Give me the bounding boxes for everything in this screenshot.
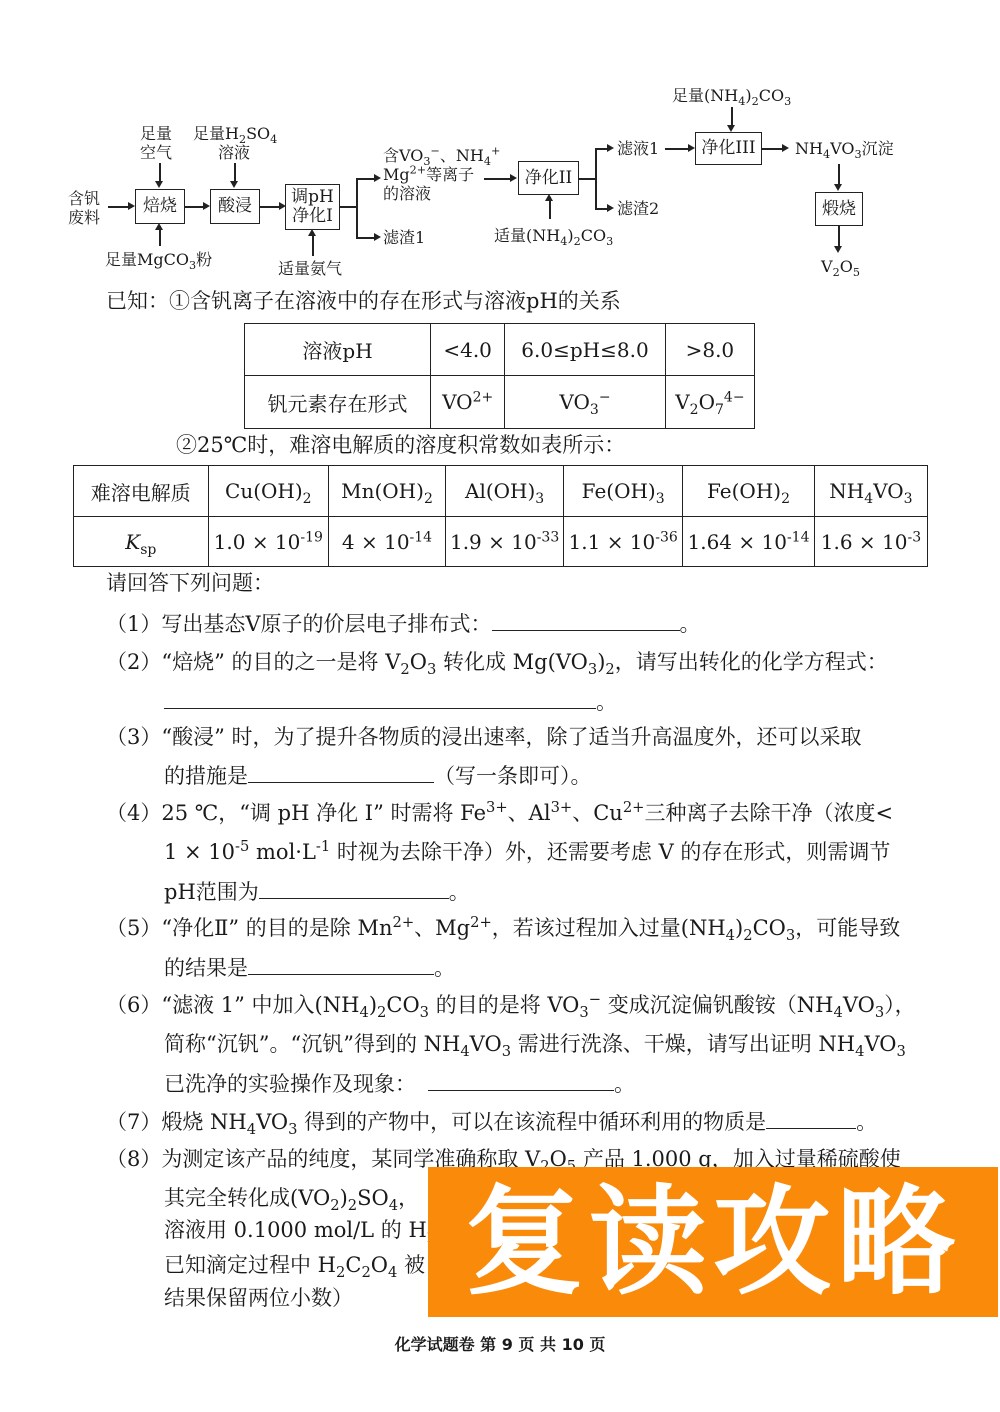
arrow-line — [731, 107, 733, 127]
v2o5-product-label: V2O5 — [821, 257, 860, 276]
air-input-label: 足量空气 — [140, 124, 172, 162]
known-info-1: 已知：①含钒离子在溶液中的存在形式与溶液pH的关系 — [106, 288, 621, 314]
answer-blank[interactable] — [259, 878, 449, 899]
ph-species-table: 溶液pH <4.0 6.0≤pH≤8.0 >8.0 钒元素存在形式 VO2+ V… — [244, 323, 755, 429]
question-5: （5）“净化Ⅱ” 的目的是除 Mn2+、Mg2+，若该过程加入过量(NH4)2C… — [106, 915, 900, 941]
table-header-cell: Cu(OH)2 — [208, 466, 328, 517]
arrow-head-icon — [727, 125, 735, 132]
table-header-cell: 溶液pH — [245, 324, 431, 376]
question-8-line5: 结果保留两位小数） — [164, 1285, 353, 1311]
arrow-line — [356, 237, 376, 239]
table-row-label: Ksp — [74, 517, 209, 567]
question-3-line2: 的措施是（写一条即可）。 — [164, 762, 592, 789]
question-4-line2: 1 × 10-5 mol·L-1 时视为去除干净）外，还需要考虑 V 的存在形式… — [164, 839, 890, 865]
question-3: （3）“酸浸” 时，为了提升各物质的浸出速率，除了适当升高温度外，还可以采取 — [106, 724, 862, 750]
arrow-head-icon — [308, 229, 316, 236]
arrow-head-icon — [230, 181, 238, 188]
step-calcination-box: 煅烧 — [815, 192, 863, 226]
h2so4-input-label: 足量H2SO4溶液 — [193, 124, 277, 162]
arrow-line — [340, 206, 356, 208]
arrow-line — [665, 148, 689, 150]
branch-line — [595, 148, 597, 209]
step-acid-leach-box: 酸浸 — [210, 189, 260, 224]
answer-blank[interactable] — [428, 1070, 614, 1091]
question-7: （7）煅烧 NH4VO3 得到的产物中，可以在该流程中循环利用的物质是。 — [106, 1108, 877, 1135]
arrow-line — [159, 163, 161, 183]
question-8-line2: 其完全转化成(VO2)2SO4， — [164, 1185, 419, 1211]
arrow-head-icon — [155, 223, 163, 230]
arrow-head-icon — [834, 246, 842, 253]
step-roasting-box: 焙烧 — [135, 189, 185, 224]
arrow-head-icon — [374, 174, 381, 182]
table-header-cell: 6.0≤pH≤8.0 — [505, 324, 666, 376]
nh4co3-appropriate-label: 适量(NH4)2CO3 — [494, 226, 613, 245]
step-purify-3-box: 净化III — [695, 132, 762, 165]
question-4-line3: pH范围为。 — [164, 878, 470, 905]
table-cell: 钒元素存在形式 — [245, 376, 431, 429]
residue-1-label: 滤渣1 — [383, 228, 425, 247]
table-cell: VO2+ — [431, 376, 505, 429]
arrow-head-icon — [155, 181, 163, 188]
nh4vo3-precipitate-label: NH4VO3沉淀 — [795, 139, 894, 158]
table-cell: V2O74− — [665, 376, 754, 429]
table-cell: 1.9 × 10-33 — [445, 517, 563, 567]
ksp-table: 难溶电解质 Cu(OH)2 Mn(OH)2 Al(OH)3 Fe(OH)3 Fe… — [73, 465, 928, 567]
answer-blank[interactable] — [248, 954, 434, 975]
arrow-head-icon — [203, 202, 210, 210]
arrow-head-icon — [374, 233, 381, 241]
answer-blank[interactable] — [164, 688, 596, 709]
step-ph-purify-1-box: 调pH净化I — [285, 184, 340, 230]
arrow-line — [579, 178, 595, 180]
start-material-label: 含钒废料 — [68, 189, 100, 227]
table-header-cell: NH4VO3 — [814, 466, 927, 517]
table-header-cell: 难溶电解质 — [74, 466, 209, 517]
question-6-line2: 简称“沉钒”。“沉钒”得到的 NH4VO3 需进行洗涤、干燥，请写出证明 NH4… — [164, 1031, 906, 1057]
question-6-line3: 已洗净的实验操作及现象：。 — [164, 1070, 635, 1097]
arrow-head-icon — [782, 144, 789, 152]
table-header-cell: Fe(OH)2 — [683, 466, 815, 517]
question-8-line4: 已知滴定过程中 H2C2O4 被 — [164, 1252, 425, 1278]
table-cell: VO3− — [505, 376, 666, 429]
arrow-head-icon — [607, 204, 614, 212]
question-1: （1）写出基态V原子的价层电子排布式：。 — [106, 610, 701, 637]
nh4co3-excess-label: 足量(NH4)2CO3 — [672, 86, 791, 105]
filtrate-1-label: 滤液1 — [617, 139, 659, 158]
table-cell: 1.64 × 10-14 — [683, 517, 815, 567]
table-cell: 4 × 10-14 — [329, 517, 446, 567]
arrow-head-icon — [607, 144, 614, 152]
question-5-line2: 的结果是。 — [164, 954, 455, 981]
ammonia-input-label: 适量氨气 — [278, 259, 342, 278]
table-header-cell: Mn(OH)2 — [329, 466, 446, 517]
branch-line — [356, 178, 358, 238]
questions-intro: 请回答下列问题： — [106, 570, 274, 596]
arrow-line — [838, 164, 840, 186]
arrow-head-icon — [545, 194, 553, 201]
arrow-head-icon — [834, 184, 842, 191]
residue-2-label: 滤渣2 — [617, 199, 659, 218]
table-cell: 1.6 × 10-3 — [814, 517, 927, 567]
arrow-line — [356, 178, 376, 180]
table-cell: 1.1 × 10-36 — [564, 517, 683, 567]
question-2-answer-line: 。 — [164, 688, 617, 715]
arrow-head-icon — [688, 144, 695, 152]
watermark-banner: 复读攻略 — [428, 1167, 998, 1317]
answer-blank[interactable] — [766, 1108, 856, 1129]
arrow-line — [762, 148, 784, 150]
page-footer: 化学试题卷 第 9 页 共 10 页 — [0, 1332, 1000, 1355]
question-2: （2）“焙烧” 的目的之一是将 V2O3 转化成 Mg(VO3)2，请写出转化的… — [106, 649, 888, 675]
answer-blank[interactable] — [492, 610, 680, 631]
step-purify-2-box: 净化II — [518, 161, 579, 195]
arrow-line — [234, 163, 236, 183]
arrow-line — [838, 226, 840, 248]
question-8-line3: 溶液用 0.1000 mol/L 的 H2C — [164, 1217, 452, 1243]
mgco3-input-label: 足量MgCO3粉 — [105, 250, 212, 269]
question-4: （4）25 ℃，“调 pH 净化 I” 时需将 Fe3+、Al3+、Cu2+三种… — [106, 800, 893, 826]
table-header-cell: Al(OH)3 — [445, 466, 563, 517]
watermark-text: 复读攻略 — [465, 1183, 961, 1301]
arrow-line — [484, 178, 510, 180]
question-6: （6）“滤液 1” 中加入(NH4)2CO3 的目的是将 VO3− 变成沉淀偏钒… — [106, 992, 916, 1018]
table-header-cell: >8.0 — [665, 324, 754, 376]
known-info-2: ②25℃时，难溶电解质的溶度积常数如表所示： — [176, 432, 625, 458]
arrow-head-icon — [128, 202, 135, 210]
table-cell: 1.0 × 10-19 — [208, 517, 328, 567]
solution-ions-label: 含VO3−、NH4+Mg2+等离子的溶液 — [383, 146, 500, 203]
table-header-cell: <4.0 — [431, 324, 505, 376]
arrow-head-icon — [510, 174, 517, 182]
table-header-cell: Fe(OH)3 — [564, 466, 683, 517]
answer-blank[interactable] — [248, 762, 434, 783]
